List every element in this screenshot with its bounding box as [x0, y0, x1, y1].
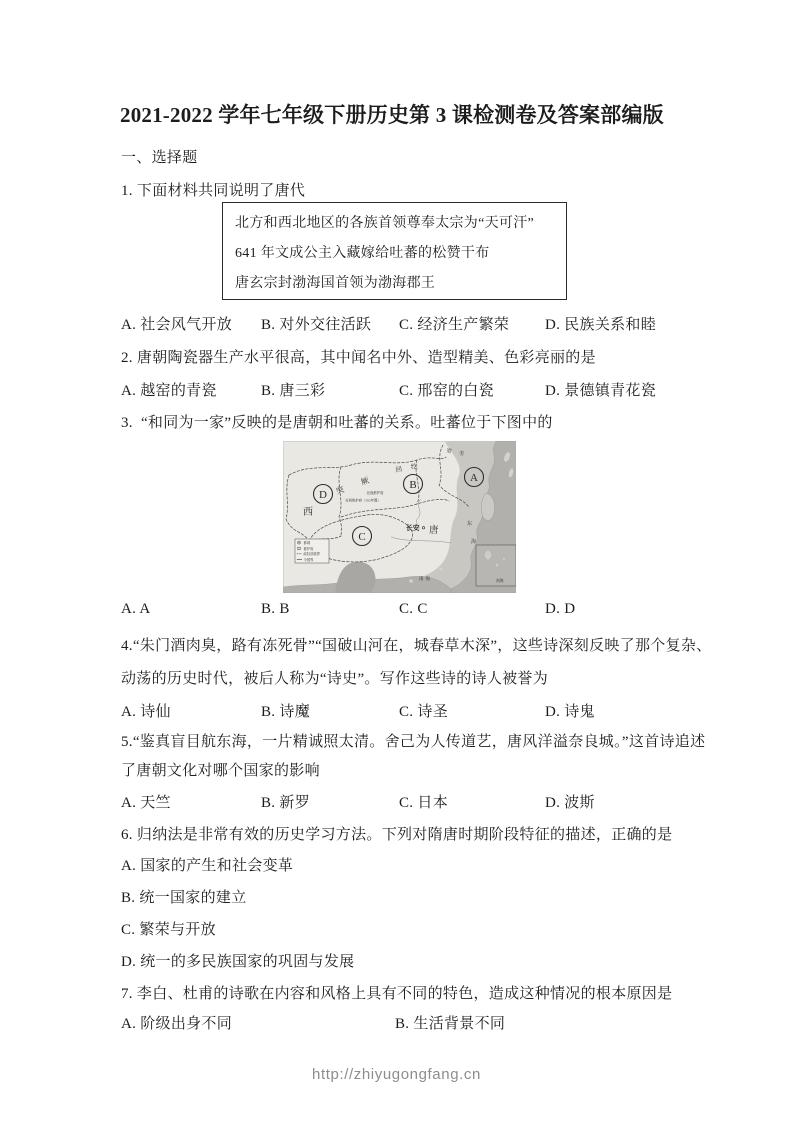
- q1-option-b: B. 对外交往活跃: [261, 313, 399, 334]
- q4-options: A. 诗仙 B. 诗魔 C. 诗圣 D. 诗鬼: [121, 700, 595, 721]
- q1-options: A. 社会风气开放 B. 对外交往活跃 C. 经济生产繁荣 D. 民族关系和睦: [121, 313, 656, 334]
- q5-option-a: A. 天竺: [121, 791, 261, 812]
- section-heading: 一、选择题: [121, 146, 198, 167]
- map-label-nanhai: 南海: [419, 575, 432, 582]
- q3-stem: 3. “和同为一家”反映的是唐朝和吐蕃的关系。吐蕃位于下图中的: [121, 411, 553, 432]
- material-line: 北方和西北地区的各族首领尊奉太宗为“天可汗”: [235, 209, 566, 239]
- q2-options: A. 越窑的青瓷 B. 唐三彩 C. 邢窑的白瓷 D. 景德镇青花瓷: [121, 379, 656, 400]
- map-marker-c: C: [358, 531, 365, 543]
- q5-stem-line2: 了唐朝文化对哪个国家的影响: [121, 759, 320, 780]
- q2-option-b: B. 唐三彩: [261, 379, 399, 400]
- map-inset-island: [485, 551, 491, 560]
- q4-option-a: A. 诗仙: [121, 700, 261, 721]
- page-title: 2021-2022 学年七年级下册历史第 3 课检测卷及答案部编版: [120, 99, 664, 129]
- map-label-tang: 唐: [429, 524, 439, 536]
- q4-option-d: D. 诗鬼: [545, 700, 595, 721]
- q1-option-d: D. 民族关系和睦: [545, 313, 656, 334]
- exam-page: 2021-2022 学年七年级下册历史第 3 课检测卷及答案部编版 一、选择题 …: [0, 0, 793, 1122]
- q3-option-d: D. D: [545, 601, 575, 618]
- map-marker-a: A: [470, 472, 478, 484]
- q5-option-c: C. 日本: [399, 791, 545, 812]
- capital-symbol-dot: [299, 542, 300, 543]
- q5-stem-line1: 5.“鉴真盲目航东海，一片精诚照太清。舍己为人传道艺，唐风洋溢奈良城。”这首诗追…: [121, 730, 705, 751]
- q2-option-a: A. 越窑的青瓷: [121, 379, 261, 400]
- map-island: [440, 568, 443, 571]
- q3-option-a: A. A: [121, 601, 261, 618]
- q4-stem-line2: 动荡的历史时代，被后人称为“诗史”。写作这些诗的诗人被誉为: [121, 667, 548, 688]
- q4-option-b: B. 诗魔: [261, 700, 399, 721]
- q3-option-c: C. C: [399, 601, 545, 618]
- map-label-anxi: 安西都护府（702年置）: [345, 498, 381, 503]
- footer-url: http://zhiyugongfang.cn: [0, 1066, 793, 1083]
- q1-option-a: A. 社会风气开放: [121, 313, 261, 334]
- map-inset-island: [496, 564, 499, 567]
- map-label-dong: 东: [467, 520, 472, 527]
- q5-option-b: B. 新罗: [261, 791, 399, 812]
- q1-stem: 1. 下面材料共同说明了唐代: [121, 179, 305, 200]
- q4-stem-line1: 4.“朱门酒肉臭，路有冻死骨”“国破山河在，城春草木深”，这些诗深刻反映了那个复…: [121, 634, 711, 655]
- q7-option-a: A. 阶级出身不同: [121, 1012, 395, 1033]
- tang-dynasty-map: 南海 都城 都护府 政权部族界 今国界 突 厥 西 回纥 室韦 长安 唐 北庭都…: [283, 441, 516, 593]
- q3-option-b: B. B: [261, 601, 399, 618]
- map-marker-d: D: [319, 489, 327, 501]
- legend-label-boundary: 政权部族界: [304, 551, 321, 556]
- map-label-nanhai-inset: 南海: [496, 578, 504, 583]
- map-label-xi: 西: [303, 506, 313, 518]
- map-island: [409, 579, 413, 583]
- q2-option-d: D. 景德镇青花瓷: [545, 379, 656, 400]
- material-line: 唐玄宗封渤海国首领为渤海郡王: [235, 269, 566, 299]
- material-line: 641 年文成公主入藏嫁给吐蕃的松赞干布: [235, 239, 566, 269]
- q2-stem: 2. 唐朝陶瓷器生产水平很高，其中闻名中外、造型精美、色彩亮丽的是: [121, 346, 596, 367]
- map-inset-island: [503, 558, 505, 560]
- q2-option-c: C. 邢窑的白瓷: [399, 379, 545, 400]
- q6-option-b: B. 统一国家的建立: [121, 886, 247, 907]
- q1-option-c: C. 经济生产繁荣: [399, 313, 545, 334]
- map-label-beiting: 北庭都护府: [367, 490, 385, 495]
- legend-label-protectorate: 都护府: [304, 546, 315, 551]
- q7-options: A. 阶级出身不同 B. 生活背景不同: [121, 1012, 505, 1033]
- q6-option-c: C. 繁荣与开放: [121, 918, 216, 939]
- q5-option-d: D. 波斯: [545, 791, 595, 812]
- q4-option-c: C. 诗圣: [399, 700, 545, 721]
- q7-option-b: B. 生活背景不同: [395, 1012, 505, 1033]
- q6-option-d: D. 统一的多民族国家的巩固与发展: [121, 950, 354, 971]
- map-label-hai: 海: [471, 538, 476, 545]
- q5-options: A. 天竺 B. 新罗 C. 日本 D. 波斯: [121, 791, 595, 812]
- legend-label-capital: 都城: [304, 540, 311, 545]
- q6-stem: 6. 归纳法是非常有效的历史学习方法。下列对隋唐时期阶段特征的描述，正确的是: [121, 823, 672, 844]
- map-marker-b: B: [409, 479, 416, 491]
- q3-options: A. A B. B C. C D. D: [121, 601, 575, 618]
- map-label-changan: 长安: [406, 523, 420, 532]
- q6-option-a: A. 国家的产生和社会变革: [121, 854, 293, 875]
- q7-stem: 7. 李白、杜甫的诗歌在内容和风格上具有不同的特色，造成这种情况的根本原因是: [121, 982, 672, 1003]
- legend-label-modern-border: 今国界: [304, 557, 315, 562]
- q1-material-box: 北方和西北地区的各族首领尊奉太宗为“天可汗” 641 年文成公主入藏嫁给吐蕃的松…: [222, 202, 567, 300]
